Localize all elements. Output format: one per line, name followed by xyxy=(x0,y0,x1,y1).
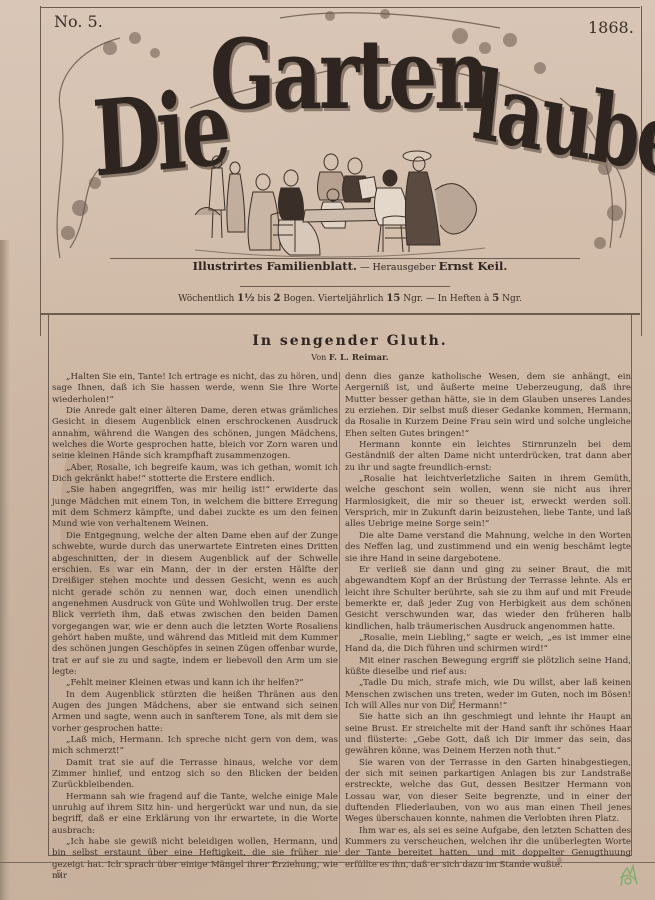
author-name: F. L. Reimar. xyxy=(329,353,389,363)
publisher-label: Herausgeber xyxy=(372,262,438,273)
paragraph: Er verließ sie dann und ging zu seiner B… xyxy=(345,565,631,633)
paragraph: Sie hatte sich an ihn geschmiegt und leh… xyxy=(345,712,631,757)
subtitle: Illustrirtes Familienblatt. — Herausgebe… xyxy=(100,259,600,273)
title-word-garten: Garten xyxy=(210,18,487,131)
paragraph: „Ich habe sie gewiß nicht beleidigen wol… xyxy=(52,837,338,882)
library-stamp-icon xyxy=(617,862,639,888)
torn-page-edge xyxy=(0,240,10,900)
subtitle-mid-rule xyxy=(240,286,450,287)
paragraph: Hermann konnte ein leichtes Stirnrunzeln… xyxy=(345,440,631,474)
paragraph: Die alte Dame verstand die Mahnung, welc… xyxy=(345,531,631,565)
pricing-line: Wöchentlich 1½ bis 2 Bogen. Vierteljährl… xyxy=(100,293,600,304)
footer-rule xyxy=(0,862,655,863)
paragraph: Die Anrede galt einer älteren Dame, dere… xyxy=(52,406,338,463)
newspaper-page: No. 5. 1868. Die Garten laube. xyxy=(0,0,655,900)
article-title: In sengender Gluth. xyxy=(100,333,600,349)
paragraph: „Halten Sie ein, Tante! Ich ertrage es n… xyxy=(52,372,338,406)
paragraph: Hermann sah wie fragend auf die Tante, w… xyxy=(52,792,338,837)
page-number: 5 xyxy=(56,870,62,880)
paragraph: Damit trat sie auf die Terrasse hinaus, … xyxy=(52,758,338,792)
paragraph: „Rosalie, mein Liebling,“ sagte er weich… xyxy=(345,633,631,656)
subtitle-main: Illustrirtes Familienblatt. xyxy=(193,259,357,273)
paragraph: „Aber, Rosalie, ich begreife kaum, was i… xyxy=(52,463,338,486)
column-divider xyxy=(339,372,340,852)
paragraph: Ihm war es, als sei es seine Aufgabe, de… xyxy=(345,826,631,871)
article-byline: Von F. L. Reimar. xyxy=(100,353,600,363)
paragraph: Die Entgegnung, welche der alten Dame eb… xyxy=(52,531,338,678)
paragraph: denn dies ganze katholische Wesen, dem s… xyxy=(345,372,631,440)
paragraph: „Laß mich, Hermann. Ich spreche nicht ge… xyxy=(52,735,338,758)
paragraph: Mit einer raschen Bewegung ergriff sie p… xyxy=(345,656,631,679)
family-gathering-illustration-icon xyxy=(195,120,485,260)
publisher-name: Ernst Keil. xyxy=(439,259,508,273)
paragraph: Sie waren von der Terrasse in den Garten… xyxy=(345,758,631,826)
paragraph: „Fehlt meiner Kleinen etwas und kann ich… xyxy=(52,678,338,689)
paragraph: „Tadle Du mich, strafe mich, wie Du will… xyxy=(345,678,631,712)
article-column-right: denn dies ganze katholische Wesen, dem s… xyxy=(345,372,631,871)
paragraph: „Rosalie hat leichtverletzliche Saiten i… xyxy=(345,474,631,531)
paragraph: In dem Augenblick stürzten die heißen Th… xyxy=(52,690,338,735)
article-column-left: „Halten Sie ein, Tante! Ich ertrage es n… xyxy=(52,372,338,882)
paragraph: „Sie haben angegriffen, was mir heilig i… xyxy=(52,485,338,530)
